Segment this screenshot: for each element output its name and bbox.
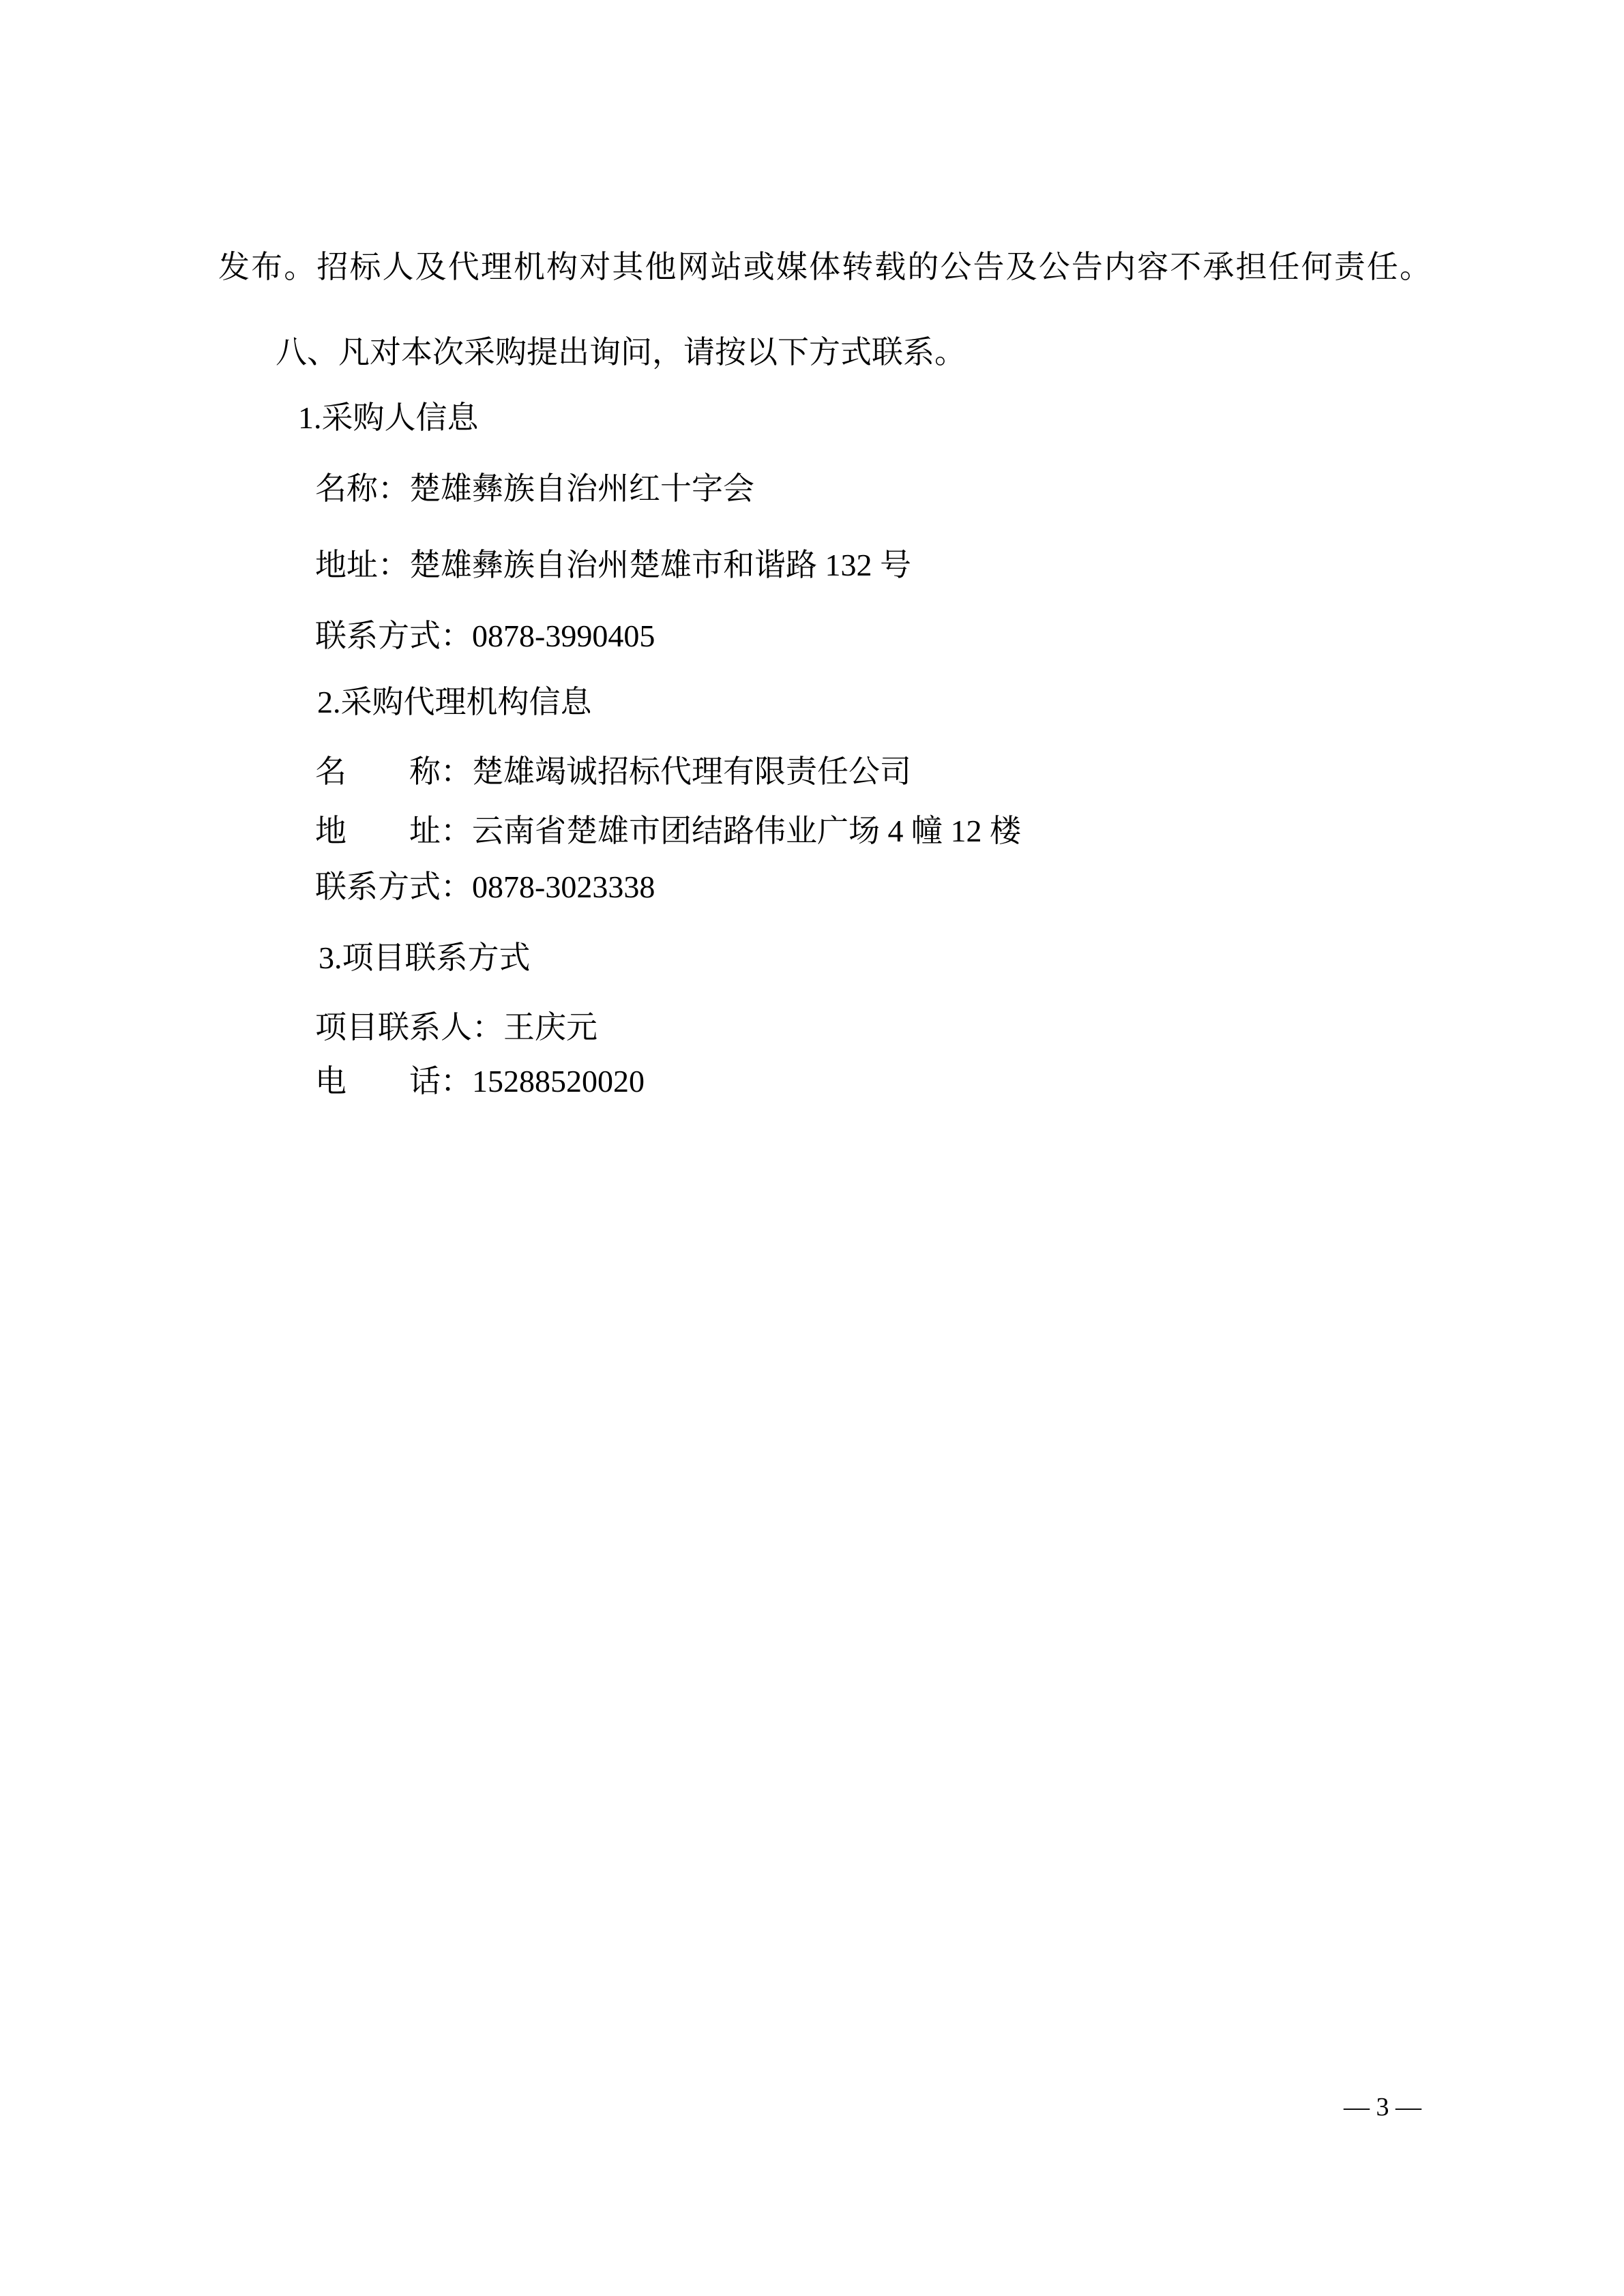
purchaser-address-line: 地址：楚雄彝族自治州楚雄市和谐路 132 号	[315, 545, 911, 586]
agency-info-heading: 2.采购代理机构信息	[317, 682, 592, 723]
project-contact-heading: 3.项目联系方式	[319, 938, 531, 979]
purchaser-info-heading: 1.采购人信息	[298, 398, 479, 438]
document-page: 发布。招标人及代理机构对其他网站或媒体转载的公告及公告内容不承担任何责任。 八、…	[0, 0, 1624, 2296]
purchaser-contact-line: 联系方式：0878-3990405	[315, 616, 655, 657]
agency-name-line: 名 称：楚雄竭诚招标代理有限责任公司	[315, 751, 911, 792]
project-contact-phone-line: 电 话：15288520020	[315, 1061, 645, 1102]
page-number: — 3 —	[1344, 2092, 1421, 2123]
section-8-heading: 八、凡对本次采购提出询问，请按以下方式联系。	[276, 332, 966, 373]
paragraph-disclaimer-tail: 发布。招标人及代理机构对其他网站或媒体转载的公告及公告内容不承担任何责任。	[218, 247, 1431, 288]
agency-contact-line: 联系方式：0878-3023338	[315, 867, 655, 908]
purchaser-name-line: 名称：楚雄彝族自治州红十字会	[315, 468, 754, 509]
project-contact-person-line: 项目联系人：王庆元	[315, 1007, 597, 1048]
agency-address-line: 地 址：云南省楚雄市团结路伟业广场 4 幢 12 楼	[315, 811, 1021, 852]
